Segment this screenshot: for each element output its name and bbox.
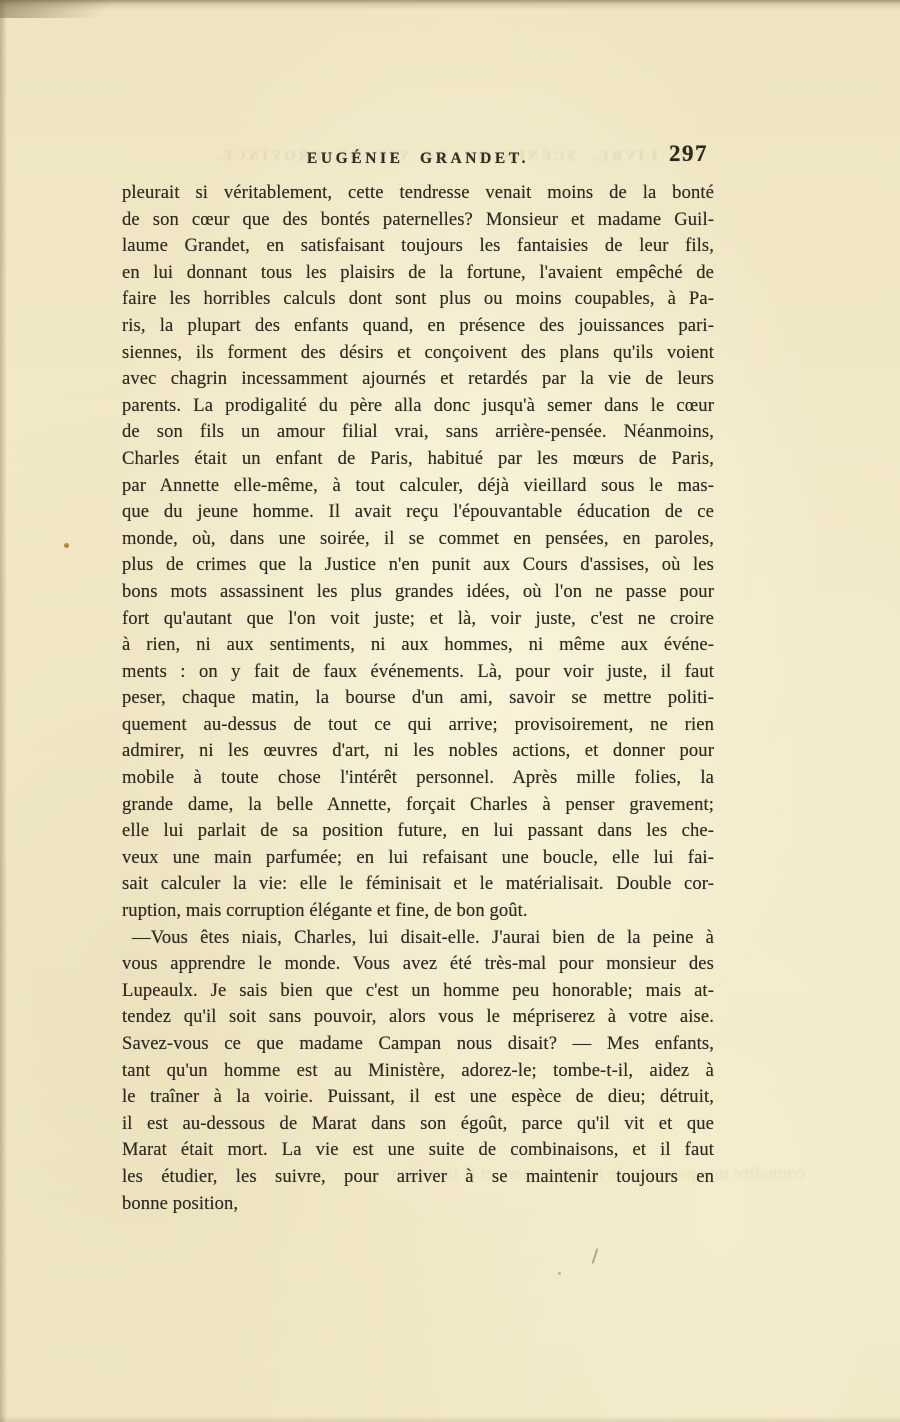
text-line: par Annette elle-même, à tout calculer, …	[122, 473, 714, 500]
ink-dot	[64, 543, 69, 548]
running-title: EUGÉNIE GRANDET.	[122, 150, 714, 168]
text-line: veux une main parfumée; en lui refaisant…	[122, 845, 714, 872]
text-line: tant qu'un homme est au Ministère, adore…	[122, 1058, 714, 1085]
scan-edge-bottom	[0, 1416, 900, 1422]
text-line: sait calculer la vie: elle le féminisait…	[122, 871, 714, 898]
text-line: à rien, ni aux sentiments, ni aux hommes…	[122, 632, 714, 659]
text-line: plus de crimes que la Justice n'en punit…	[122, 552, 714, 579]
text-line: il est au-dessous de Marat dans son égoû…	[122, 1111, 714, 1138]
text-line: fort qu'autant que l'on voit juste; et l…	[122, 606, 714, 633]
text-line: Charles était un enfant de Paris, habitu…	[122, 446, 714, 473]
text-line: peser, chaque matin, la bourse d'un ami,…	[122, 685, 714, 712]
text-line: vous apprendre le monde. Vous avez été t…	[122, 951, 714, 978]
page-sheet: III. LIVRE, SCÈNES DE LA VIE DE PROVINCE…	[0, 0, 900, 1422]
text-line: tendez qu'il soit sans pouvoir, alors vo…	[122, 1004, 714, 1031]
text-line: bons mots assassinent les plus grandes i…	[122, 579, 714, 606]
text-line: elle lui parlait de sa position future, …	[122, 818, 714, 845]
scan-edge-top-left-corner	[0, 0, 150, 18]
text-line: avec chagrin incessamment ajournés et re…	[122, 366, 714, 393]
text-line: admirer, ni les œuvres d'art, ni les nob…	[122, 738, 714, 765]
text-line: parents. La prodigalité du père alla don…	[122, 393, 714, 420]
running-header: EUGÉNIE GRANDET. 297	[122, 141, 714, 175]
scan-fiber-mark	[592, 1248, 599, 1264]
text-line: —Vous êtes niais, Charles, lui disait-el…	[122, 925, 714, 952]
scan-edge-left	[0, 0, 7, 1422]
text-line: le traîner à la voirie. Puissant, il est…	[122, 1084, 714, 1111]
text-line: monde, où, dans une soirée, il se commet…	[122, 526, 714, 553]
text-line: les étudier, les suivre, pour arriver à …	[122, 1164, 714, 1191]
text-line: bonne position,	[122, 1191, 714, 1218]
text-line: faire les horribles calculs dont sont pl…	[122, 286, 714, 313]
text-line: Lupeaulx. Je sais bien que c'est un homm…	[122, 978, 714, 1005]
text-line: quement au-dessus de tout ce qui arrive;…	[122, 712, 714, 739]
text-line: ments : on y fait de faux événements. Là…	[122, 659, 714, 686]
text-line: grande dame, la belle Annette, forçait C…	[122, 792, 714, 819]
text-line: ris, la plupart des enfants quand, en pr…	[122, 313, 714, 340]
body-text: pleurait si véritablement, cette tendres…	[122, 180, 714, 1217]
text-line: en lui donnant tous les plaisirs de la f…	[122, 260, 714, 287]
text-line: pleurait si véritablement, cette tendres…	[122, 180, 714, 207]
page-number: 297	[669, 141, 708, 167]
text-line: laume Grandet, en satisfaisant toujours …	[122, 233, 714, 260]
text-line: que du jeune homme. Il avait reçu l'épou…	[122, 499, 714, 526]
paper-speck	[558, 1272, 561, 1275]
text-line: siennes, ils forment des désirs et conço…	[122, 340, 714, 367]
text-line: de son fils un amour filial vrai, sans a…	[122, 419, 714, 446]
text-line: ruption, mais corruption élégante et fin…	[122, 898, 714, 925]
text-line: mobile à toute chose l'intérêt personnel…	[122, 765, 714, 792]
text-line: Marat était mort. La vie est une suite d…	[122, 1137, 714, 1164]
text-line: Savez-vous ce que madame Campan nous dis…	[122, 1031, 714, 1058]
text-line: de son cœur que des bontés paternelles? …	[122, 207, 714, 234]
